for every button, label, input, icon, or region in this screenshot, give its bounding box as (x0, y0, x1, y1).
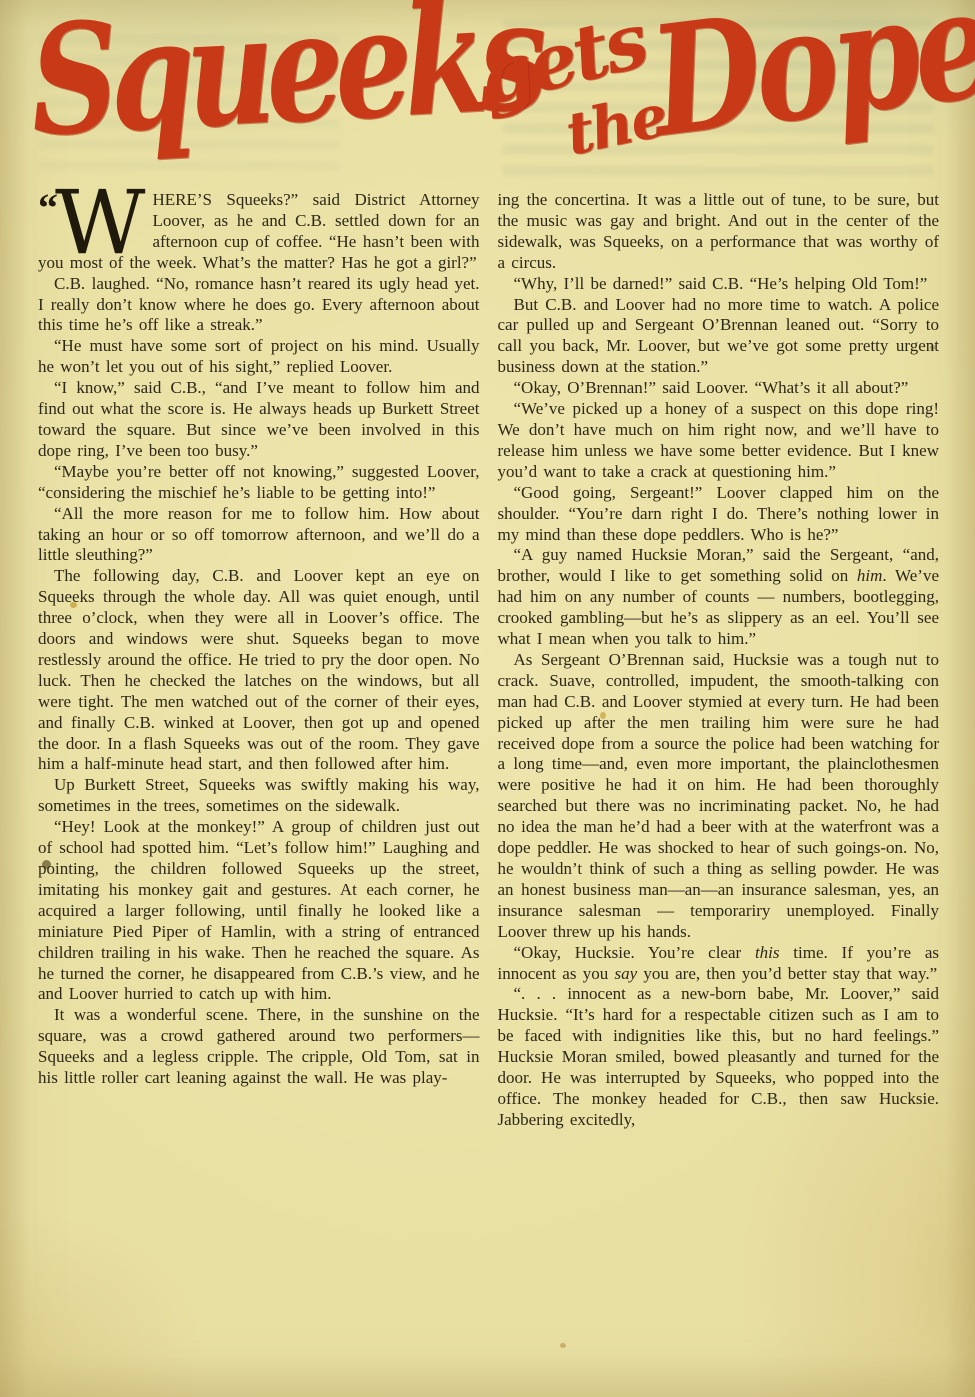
story-paragraph: “Okay, Hucksie. You’re clear this time. … (498, 943, 940, 985)
story-paragraph: But C.B. and Loover had no more time to … (498, 295, 940, 379)
story-paragraph: “I know,” said C.B., “and I’ve meant to … (38, 378, 480, 462)
story-paragraph: “WHERE’S Squeeks?” said District Attorne… (38, 190, 480, 274)
story-paragraph: “Why, I’ll be darned!” said C.B. “He’s h… (498, 274, 940, 295)
drop-cap-letter: W (55, 191, 145, 255)
story-paragraph: Up Burkett Street, Squeeks was swiftly m… (38, 775, 480, 817)
title-word-dope: Dope (642, 0, 975, 172)
drop-cap: “W (38, 191, 145, 252)
story-paragraph: “We’ve picked up a honey of a suspect on… (498, 399, 940, 483)
paper-stain (560, 1343, 566, 1348)
right-column: ing the concertina. It was a little out … (498, 190, 940, 1131)
story-paragraph: “Hey! Look at the monkey!” A group of ch… (38, 817, 480, 1005)
story-paragraph: “All the more reason for me to follow hi… (38, 504, 480, 567)
comic-story-page: Squeeks gets the Dope “WHERE’S Squeeks?”… (0, 0, 975, 1397)
left-column: “WHERE’S Squeeks?” said District Attorne… (38, 190, 480, 1131)
story-paragraph: “Maybe you’re better off not knowing,” s… (38, 462, 480, 504)
drop-cap-quote: “ (38, 191, 55, 225)
story-body: “WHERE’S Squeeks?” said District Attorne… (0, 188, 975, 1131)
story-paragraph: As Sergeant O’Brennan said, Hucksie was … (498, 650, 940, 943)
story-title: Squeeks gets the Dope (0, 0, 975, 188)
story-paragraph: “Okay, O’Brennan!” said Loover. “What’s … (498, 378, 940, 399)
story-paragraph: “Good going, Sergeant!” Loover clapped h… (498, 483, 940, 546)
story-paragraph: “. . . innocent as a new-born babe, Mr. … (498, 984, 940, 1130)
story-paragraph: “A guy named Hucksie Moran,” said the Se… (498, 545, 940, 650)
story-paragraph: ing the concertina. It was a little out … (498, 190, 940, 274)
story-paragraph: It was a wonderful scene. There, in the … (38, 1005, 480, 1089)
title-word-squeeks: Squeeks (26, 0, 543, 171)
story-paragraph: C.B. laughed. “No, romance hasn’t reared… (38, 274, 480, 337)
story-paragraph: The following day, C.B. and Loover kept … (38, 566, 480, 775)
story-paragraph: “He must have some sort of project on hi… (38, 336, 480, 378)
